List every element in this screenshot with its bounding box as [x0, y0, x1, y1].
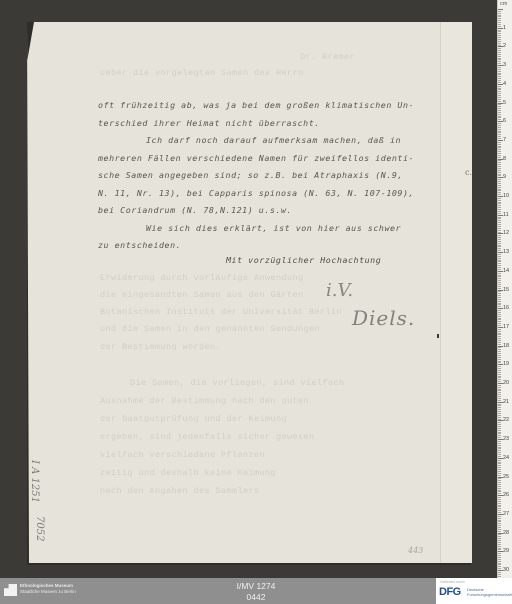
ruler-label: 6: [503, 118, 506, 124]
margin-mark: c.: [465, 168, 472, 177]
ruler-label: 23: [503, 436, 509, 442]
ruler-tick: [498, 299, 501, 300]
ruler-tick: [498, 376, 501, 377]
ruler-label: 15: [503, 287, 509, 293]
ghost-line: Erwiderung durch vorläufige Anwendung: [100, 273, 304, 283]
ghost-line: Die Samen, die vorliegen, sind vielfach: [130, 378, 345, 388]
ruler-tick: [498, 43, 501, 44]
ruler-tick: [498, 306, 501, 307]
ruler-tick: [498, 245, 501, 246]
closing-salutation: Mit vorzüglicher Hochachtung: [226, 255, 381, 265]
ruler-tick: [498, 471, 501, 472]
ruler-tick: [498, 273, 501, 274]
ruler-tick: [498, 187, 501, 188]
letter-line: mehreren Fällen verschiedene Namen für z…: [98, 153, 443, 171]
ruler-tick: [498, 149, 501, 150]
ruler-tick: [498, 349, 501, 350]
ruler-tick: [498, 568, 501, 569]
ruler-label: 12: [503, 230, 509, 236]
ruler-tick: [498, 86, 501, 87]
ruler-tick: [498, 132, 501, 133]
ruler-tick: [498, 559, 501, 560]
ghost-line: die eingesandten Samen aus den Gärten: [100, 290, 304, 300]
ruler-tick: [498, 146, 501, 147]
ruler-tick: [498, 304, 501, 305]
ruler-tick: [498, 172, 501, 173]
ruler-tick: [498, 555, 501, 556]
ruler-tick: [498, 377, 501, 378]
ruler-tick: [498, 505, 501, 506]
ruler-tick: [498, 261, 501, 262]
ruler-tick: [498, 441, 501, 442]
ruler-tick: [498, 237, 501, 238]
ruler-tick: [498, 129, 501, 130]
ruler-tick: [498, 366, 501, 367]
ruler-tick: [498, 413, 501, 414]
ruler-tick: [498, 437, 501, 438]
ruler-tick: [498, 26, 501, 27]
ruler-tick: [498, 39, 501, 40]
ruler-tick: [498, 334, 501, 335]
ghost-line: ueber die vorgelegten Samen des Herrn: [100, 68, 304, 78]
ruler-tick: [498, 419, 501, 420]
ruler-tick: [498, 33, 501, 34]
ruler-tick: [498, 127, 501, 128]
ruler-tick: [498, 430, 501, 431]
ruler-tick: [498, 217, 501, 218]
ruler-tick: [498, 205, 501, 206]
ruler-tick: [498, 482, 501, 483]
ruler-tick: [498, 16, 501, 17]
ink-spot: [437, 334, 439, 338]
ruler-tick: [498, 448, 501, 449]
ruler-tick: [498, 390, 501, 391]
ghost-line: Botanischen Instituts der Universität Be…: [100, 307, 342, 317]
ruler-tick: [498, 136, 501, 137]
ruler-tick: [498, 181, 501, 182]
ruler-tick: [498, 506, 501, 507]
ruler-tick: [498, 454, 501, 455]
ruler-label: 21: [503, 399, 509, 405]
ruler-label: 9: [503, 174, 506, 180]
pencil-number-note: 7052: [34, 516, 45, 541]
ruler-tick: [498, 368, 501, 369]
ruler-tick: [498, 37, 501, 38]
ruler-tick: [498, 155, 501, 156]
ruler-tick: [498, 114, 501, 115]
letter-line: oft frühzeitig ab, was ja bei dem großen…: [98, 100, 443, 118]
ruler-tick: [498, 194, 501, 195]
ruler-tick: [498, 465, 501, 466]
ruler-tick: [498, 576, 501, 577]
ruler-label: 18: [503, 343, 509, 349]
ruler-tick: [498, 293, 501, 294]
ruler-tick: [498, 74, 501, 75]
ruler-tick: [498, 469, 501, 470]
ruler-tick: [498, 35, 501, 36]
ruler-tick: [498, 490, 501, 491]
pencil-page-number: 443: [408, 546, 423, 555]
ruler-tick: [498, 362, 501, 363]
ruler-tick: [498, 400, 501, 401]
ruler-tick: [498, 422, 501, 423]
ruler-tick: [498, 433, 501, 434]
ruler-tick: [498, 61, 501, 62]
ruler-label: 4: [503, 81, 506, 87]
ruler-tick: [498, 385, 501, 386]
ruler-tick: [498, 323, 501, 324]
ruler-tick: [498, 372, 501, 373]
ruler-tick: [498, 355, 501, 356]
ruler-label: 13: [503, 249, 509, 255]
ruler-tick: [498, 411, 501, 412]
page-edge-strip: [440, 22, 472, 563]
ruler-tick: [498, 269, 501, 270]
ruler-tick: [498, 119, 501, 120]
ruler-tick: [498, 566, 501, 567]
ruler-tick: [498, 396, 501, 397]
ruler-tick: [498, 312, 501, 313]
ruler-tick: [498, 20, 501, 21]
ruler-tick: [498, 478, 501, 479]
ruler-tick: [498, 162, 501, 163]
ruler-label: 20: [503, 380, 509, 386]
ruler-tick: [498, 473, 501, 474]
ruler-tick: [498, 288, 501, 289]
ruler-tick: [498, 50, 501, 51]
ruler-tick: [498, 280, 501, 281]
ruler-tick: [498, 82, 501, 83]
ruler-tick: [498, 157, 501, 158]
ruler-tick: [498, 97, 501, 98]
ghost-line: der Bestimmung worden.: [100, 342, 221, 352]
ruler-tick: [498, 499, 501, 500]
ruler-label: 5: [503, 100, 506, 106]
ruler-tick: [498, 338, 501, 339]
ruler-tick: [498, 147, 501, 148]
ruler-tick: [498, 574, 501, 575]
ruler-tick: [498, 374, 501, 375]
ruler-tick: [498, 488, 501, 489]
ruler-tick: [498, 106, 501, 107]
ruler-tick: [498, 183, 501, 184]
ruler-tick: [498, 342, 501, 343]
ruler-tick: [498, 174, 501, 175]
ruler-tick: [498, 250, 501, 251]
ruler-tick: [498, 117, 501, 118]
ruler-tick: [498, 246, 501, 247]
ruler-tick: [498, 534, 501, 535]
ruler-tick: [498, 291, 501, 292]
ruler-tick: [498, 200, 501, 201]
ruler-label: 28: [503, 530, 509, 536]
ruler-tick: [498, 203, 501, 204]
ruler-tick: [498, 450, 501, 451]
ruler-tick: [498, 503, 501, 504]
ruler-tick: [498, 190, 501, 191]
ruler-tick: [498, 329, 501, 330]
ruler-tick: [498, 207, 501, 208]
ruler-tick: [498, 30, 501, 31]
ruler-tick: [498, 303, 501, 304]
ruler-tick: [498, 460, 501, 461]
ruler-label: 8: [503, 156, 506, 162]
ruler-tick: [498, 359, 501, 360]
ruler-tick: [498, 138, 501, 139]
ruler-tick: [498, 486, 501, 487]
ruler-tick: [498, 540, 501, 541]
ruler-tick: [498, 572, 501, 573]
ruler-tick: [498, 192, 501, 193]
ghost-line: nach den Angaben des Sammlers: [100, 486, 260, 496]
dfg-funded-by: Gefördert durch: [440, 580, 465, 584]
ruler-tick: [498, 226, 501, 227]
ruler-tick: [498, 108, 501, 109]
ruler-tick: [498, 443, 501, 444]
ruler-tick: [498, 76, 501, 77]
ruler-tick: [498, 531, 501, 532]
ruler-tick: [498, 31, 501, 32]
ruler-tick: [498, 491, 501, 492]
ruler-tick: [498, 13, 501, 14]
ruler-tick: [498, 125, 501, 126]
ruler-tick: [498, 544, 501, 545]
ruler-tick: [498, 260, 501, 261]
ruler-tick: [498, 41, 501, 42]
ruler-tick: [498, 11, 501, 12]
ruler-tick: [498, 202, 501, 203]
ruler-tick: [498, 254, 501, 255]
ruler-tick: [498, 286, 501, 287]
ruler-tick: [498, 54, 501, 55]
ruler-tick: [498, 548, 501, 549]
ruler-tick: [498, 497, 501, 498]
ruler-tick: [498, 56, 501, 57]
ruler-tick: [498, 131, 501, 132]
ruler-tick: [498, 209, 501, 210]
ruler-label: 11: [503, 212, 509, 218]
ruler-tick: [498, 404, 501, 405]
ruler-tick: [498, 63, 501, 64]
ruler-tick: [498, 475, 501, 476]
ruler-tick: [498, 344, 501, 345]
ruler-tick: [498, 18, 501, 19]
ruler-tick: [498, 164, 501, 165]
ruler-tick: [498, 15, 501, 16]
ruler-tick: [498, 297, 501, 298]
ruler-tick: [498, 563, 501, 564]
ruler-tick: [498, 59, 501, 60]
ruler-tick: [498, 452, 501, 453]
ruler-tick: [498, 546, 501, 547]
ruler-label: 27: [503, 511, 509, 517]
ruler-tick: [498, 523, 501, 524]
ruler-tick: [498, 508, 501, 509]
ruler-tick: [498, 160, 501, 161]
ruler-label: 14: [503, 268, 509, 274]
ruler-tick: [498, 462, 501, 463]
ruler-tick: [498, 211, 501, 212]
ruler-tick: [498, 69, 501, 70]
ruler-tick: [498, 218, 501, 219]
ruler-tick: [498, 78, 501, 79]
ruler-tick: [498, 265, 501, 266]
pencil-inventory-note: I A 1251: [29, 460, 40, 503]
ghost-line: Dr. Bremer: [300, 52, 355, 62]
ruler-tick: [498, 239, 501, 240]
ruler-tick: [498, 447, 501, 448]
ruler-tick: [498, 310, 501, 311]
ruler-tick: [498, 318, 501, 319]
ruler-tick: [498, 112, 501, 113]
ruler-tick: [498, 561, 501, 562]
letter-line: bei Coriandrum (N. 78,N.121) u.s.w.: [98, 205, 443, 223]
ruler-tick: [498, 185, 501, 186]
ruler-tick: [498, 123, 501, 124]
letter-line: N. 11, Nr. 13), bei Capparis spinosa (N.…: [98, 188, 443, 206]
ruler-label: 30: [503, 567, 509, 573]
ruler-tick: [498, 456, 501, 457]
ruler-tick: [498, 278, 501, 279]
ruler-tick: [498, 510, 501, 511]
ruler-tick: [498, 518, 501, 519]
ruler-tick: [498, 198, 501, 199]
dfg-logo-icon: DFG: [439, 586, 461, 598]
ruler-tick: [498, 325, 501, 326]
ruler-tick: [498, 501, 501, 502]
ruler-tick: [498, 564, 501, 565]
ghost-line: ergeben, sind jedenfalls sicher gewesen: [100, 432, 315, 442]
signature-prefix: i.V.: [326, 280, 353, 301]
ruler-tick: [498, 224, 501, 225]
ruler-tick: [498, 347, 501, 348]
ruler-tick: [498, 480, 501, 481]
letter-line: Wie sich dies erklärt, ist von hier aus …: [98, 223, 443, 241]
ruler-tick: [498, 52, 501, 53]
ruler-label: 26: [503, 492, 509, 498]
ruler-tick: [498, 428, 501, 429]
ruler-tick: [498, 282, 501, 283]
ruler-tick: [498, 407, 501, 408]
ruler-tick: [498, 153, 501, 154]
ruler-tick: [498, 71, 501, 72]
ruler-tick: [498, 267, 501, 268]
ruler-tick: [498, 179, 501, 180]
letter-line: terschied ihrer Heimat nicht überrascht.: [98, 118, 443, 136]
ruler-label: 1: [503, 25, 506, 31]
ruler-tick: [498, 91, 501, 92]
ruler-tick: [498, 361, 501, 362]
ruler-tick: [498, 170, 501, 171]
ruler-tick: [498, 426, 501, 427]
ruler-label: 7: [503, 137, 506, 143]
ruler-tick: [498, 88, 501, 89]
letter-line: Ich darf noch darauf aufmerksam machen, …: [98, 135, 443, 153]
letter-body: oft frühzeitig ab, was ja bei dem großen…: [98, 100, 443, 258]
ruler-tick: [498, 389, 501, 390]
ruler-tick: [498, 301, 501, 302]
ruler-label: 17: [503, 324, 509, 330]
letter-line: sche Samen angegeben sind; so z.B. bei A…: [98, 170, 443, 188]
ruler-tick: [498, 336, 501, 337]
ruler-tick: [498, 235, 501, 236]
ruler-tick: [498, 73, 501, 74]
ruler-tick: [498, 48, 501, 49]
ruler-tick: [498, 493, 501, 494]
ruler-tick: [498, 512, 501, 513]
ruler-tick: [498, 549, 501, 550]
ruler-tick: [498, 314, 501, 315]
ruler-tick: [498, 333, 501, 334]
ruler-tick: [498, 99, 501, 100]
ruler-tick: [498, 67, 501, 68]
ruler-tick: [498, 316, 501, 317]
ruler-tick: [498, 405, 501, 406]
ruler-label: 3: [503, 62, 506, 68]
ghost-line: Ausnahme der Bestimmung nach den guten: [100, 396, 309, 406]
dfg-name: Deutsche Forschungsgemeinschaft: [467, 587, 512, 597]
dfg-credit: Gefördert durch DFG Deutsche Forschungsg…: [436, 578, 512, 604]
ruler-label: 25: [503, 474, 509, 480]
ruler-tick: [498, 276, 501, 277]
ruler-tick: [498, 435, 501, 436]
ruler-tick: [498, 424, 501, 425]
ruler-tick: [498, 89, 501, 90]
ruler-tick: [498, 370, 501, 371]
ruler-tick: [498, 417, 501, 418]
ruler-tick: [498, 467, 501, 468]
ruler-tick: [498, 243, 501, 244]
signature: Diels.: [352, 306, 415, 330]
ruler-tick: [498, 80, 501, 81]
ruler-tick: [498, 248, 501, 249]
ruler-tick: [498, 228, 501, 229]
ruler-tick: [498, 95, 501, 96]
ruler-tick: [498, 175, 501, 176]
ruler-tick: [498, 232, 501, 233]
ruler-tick: [498, 525, 501, 526]
ruler-tick: [498, 134, 501, 135]
ruler-tick: [498, 284, 501, 285]
ruler-label: 24: [503, 455, 509, 461]
ruler-tick: [498, 398, 501, 399]
ruler-tick: [498, 432, 501, 433]
ruler-tick: [498, 241, 501, 242]
ruler-tick: [498, 409, 501, 410]
ruler-tick: [498, 527, 501, 528]
ruler-tick: [498, 110, 501, 111]
ruler-tick: [498, 166, 501, 167]
ruler-tick: [498, 263, 501, 264]
ruler-tick: [498, 230, 501, 231]
ruler-tick: [498, 144, 501, 145]
ruler-label: 22: [503, 417, 509, 423]
ruler-tick: [498, 24, 501, 25]
ruler-tick: [498, 357, 501, 358]
ruler-label: 29: [503, 548, 509, 554]
ruler-tick: [498, 22, 501, 23]
ruler-tick: [498, 340, 501, 341]
ruler-tick: [498, 104, 501, 105]
ruler-tick: [498, 142, 501, 143]
ruler-tick: [498, 256, 501, 257]
ruler-tick: [498, 295, 501, 296]
dfg-name-line-2: Forschungsgemeinschaft: [467, 592, 512, 597]
ghost-line: vielfach verschiedene Pflanzen: [100, 450, 265, 460]
ruler-tick: [498, 331, 501, 332]
ruler-tick: [498, 116, 501, 117]
ruler-tick: [498, 387, 501, 388]
